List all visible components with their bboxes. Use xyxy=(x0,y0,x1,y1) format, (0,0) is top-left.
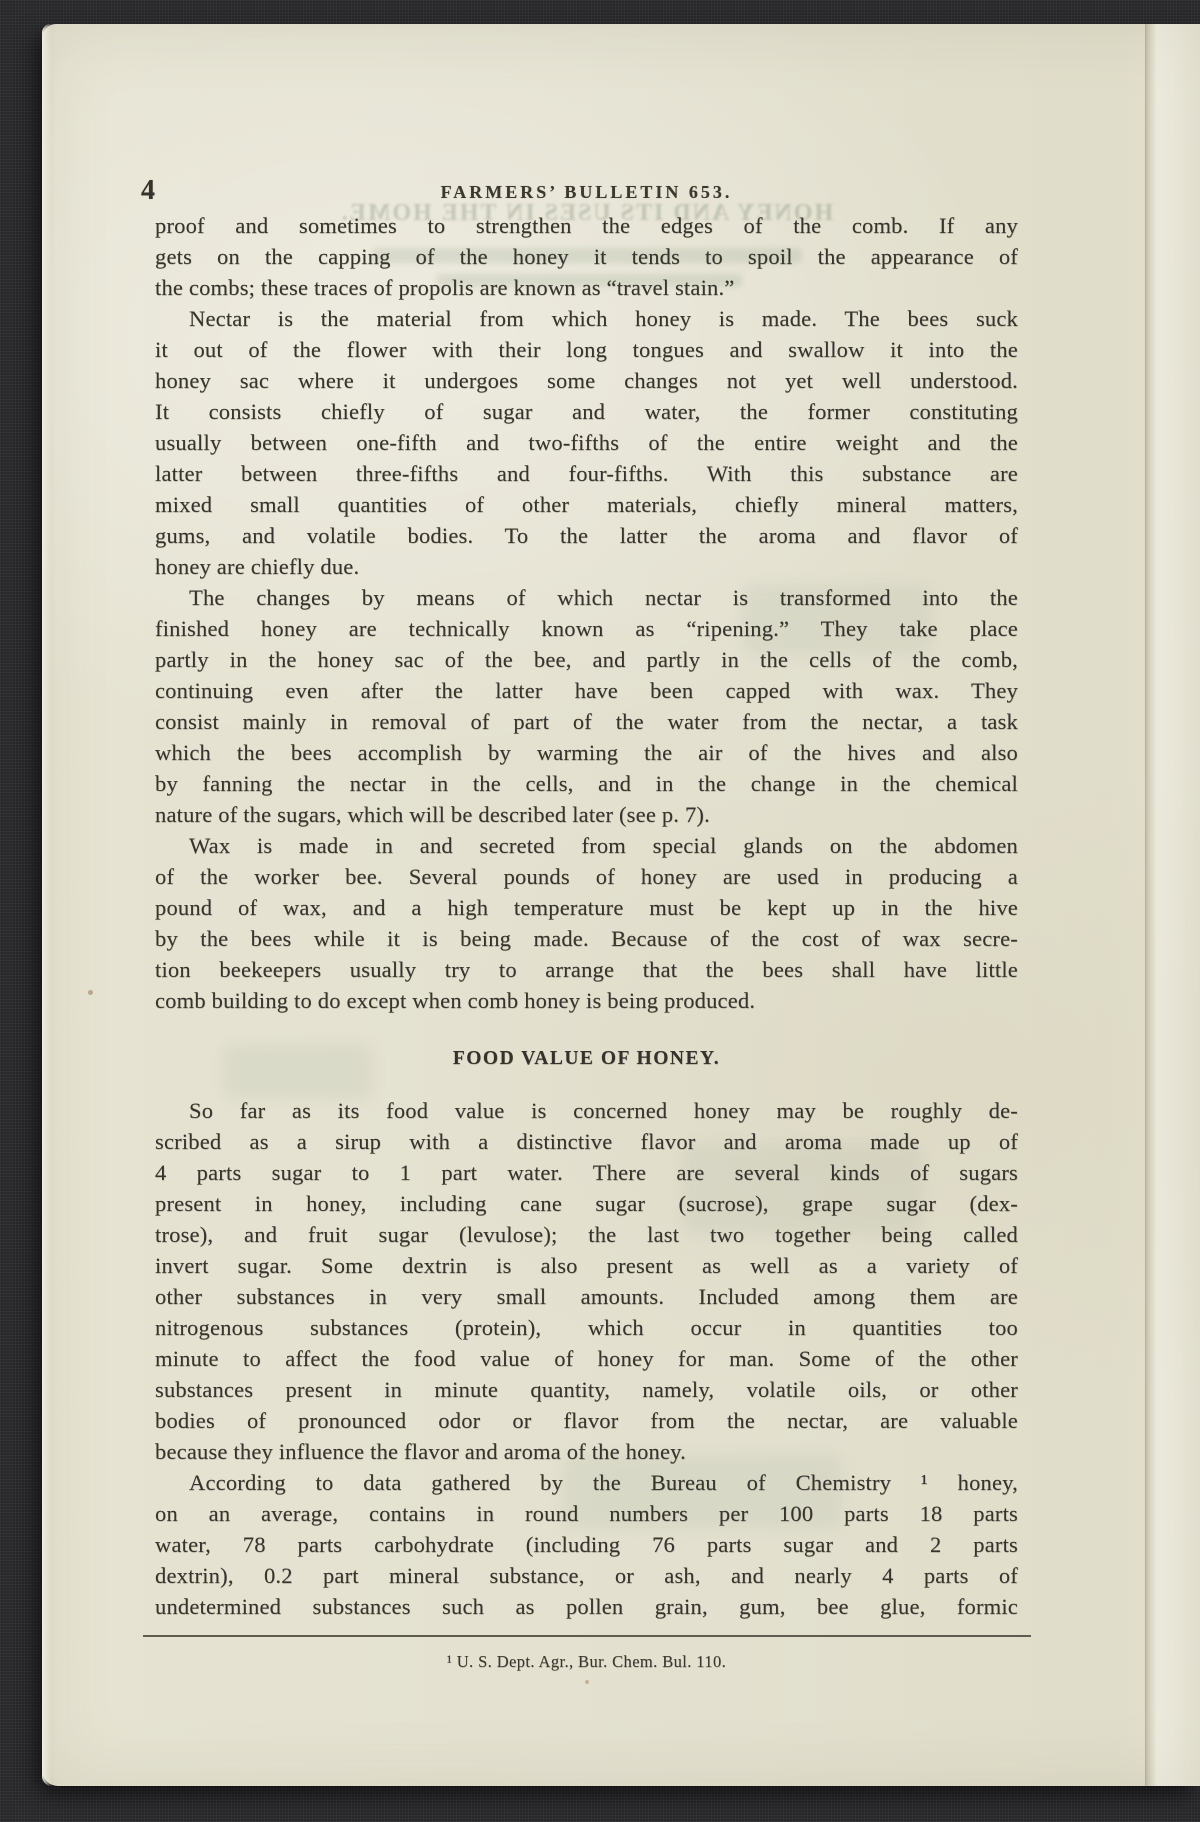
text-line: substances present in minute quantity, n… xyxy=(155,1374,1018,1405)
text-line: invert sugar. Some dextrin is also prese… xyxy=(155,1250,1018,1281)
text-line: Wax is made in and secreted from special… xyxy=(155,830,1018,861)
text-line: pound of wax, and a high temperature mus… xyxy=(155,892,1018,923)
text-line: proof and sometimes to strengthen the ed… xyxy=(155,210,1018,241)
text-line: finished honey are technically known as … xyxy=(155,613,1018,644)
text-line: by fanning the nectar in the cells, and … xyxy=(155,768,1018,799)
paper-speck xyxy=(88,990,93,995)
text-line: gets on the capping of the honey it tend… xyxy=(155,241,1018,272)
text-line: scribed as a sirup with a distinctive fl… xyxy=(155,1126,1018,1157)
text-line: The changes by means of which nectar is … xyxy=(155,582,1018,613)
text-line: dextrin), 0.2 part mineral substance, or… xyxy=(155,1560,1018,1591)
body-paragraph: The changes by means of which nectar is … xyxy=(155,582,1018,830)
text-line: usually between one-fifth and two-fifths… xyxy=(155,427,1018,458)
text-line: minute to affect the food value of honey… xyxy=(155,1343,1018,1374)
text-line: Nectar is the material from which honey … xyxy=(155,303,1018,334)
text-line: So far as its food value is concerned ho… xyxy=(155,1095,1018,1126)
paragraphs: proof and sometimes to strengthen the ed… xyxy=(155,210,1018,1622)
text-line: comb building to do except when comb hon… xyxy=(155,985,1018,1016)
text-line: partly in the honey sac of the bee, and … xyxy=(155,644,1018,675)
body-text: proof and sometimes to strengthen the ed… xyxy=(155,210,1018,1677)
running-title: FARMERS’ BULLETIN 653. xyxy=(155,182,1018,203)
text-line: gums, and volatile bodies. To the latter… xyxy=(155,520,1018,551)
text-line: nature of the sugars, which will be desc… xyxy=(155,799,1018,830)
text-line: water, 78 parts carbohydrate (including … xyxy=(155,1529,1018,1560)
section-heading: FOOD VALUE OF HONEY. xyxy=(155,1043,1018,1074)
text-line: According to data gathered by the Bureau… xyxy=(155,1467,1018,1498)
footnote-rule xyxy=(143,1635,1031,1637)
text-line: mixed small quantities of other material… xyxy=(155,489,1018,520)
body-paragraph: proof and sometimes to strengthen the ed… xyxy=(155,210,1018,303)
page-number: 4 xyxy=(141,175,155,207)
text-line: 4 parts sugar to 1 part water. There are… xyxy=(155,1157,1018,1188)
body-paragraph: According to data gathered by the Bureau… xyxy=(155,1467,1018,1622)
text-line: undetermined substances such as pollen g… xyxy=(155,1591,1018,1622)
text-line: because they influence the flavor and ar… xyxy=(155,1436,1018,1467)
text-line: on an average, contains in round numbers… xyxy=(155,1498,1018,1529)
text-line: it out of the flower with their long ton… xyxy=(155,334,1018,365)
text-line: honey are chiefly due. xyxy=(155,551,1018,582)
body-paragraph: Nectar is the material from which honey … xyxy=(155,303,1018,582)
page-fold-crease xyxy=(1145,24,1200,1786)
text-line: bodies of pronounced odor or flavor from… xyxy=(155,1405,1018,1436)
text-line: It consists chiefly of sugar and water, … xyxy=(155,396,1018,427)
text-line: present in honey, including cane sugar (… xyxy=(155,1188,1018,1219)
text-line: nitrogenous substances (protein), which … xyxy=(155,1312,1018,1343)
body-paragraph: So far as its food value is concerned ho… xyxy=(155,1095,1018,1467)
text-line: other substances in very small amounts. … xyxy=(155,1281,1018,1312)
text-line: latter between three-fifths and four-fif… xyxy=(155,458,1018,489)
text-line: consist mainly in removal of part of the… xyxy=(155,706,1018,737)
text-line: continuing even after the latter have be… xyxy=(155,675,1018,706)
text-line: honey sac where it undergoes some change… xyxy=(155,365,1018,396)
text-line: by the bees while it is being made. Beca… xyxy=(155,923,1018,954)
body-paragraph: Wax is made in and secreted from special… xyxy=(155,830,1018,1016)
book-page: HONEY AND ITS USES IN THE HOME. 4 FARMER… xyxy=(42,24,1200,1786)
paper-speck xyxy=(585,1680,589,1684)
text-line: which the bees accomplish by warming the… xyxy=(155,737,1018,768)
text-line: tion beekeepers usually try to arrange t… xyxy=(155,954,1018,985)
text-line: of the worker bee. Several pounds of hon… xyxy=(155,861,1018,892)
text-line: trose), and fruit sugar (levulose); the … xyxy=(155,1219,1018,1250)
text-line: the combs; these traces of propolis are … xyxy=(155,272,1018,303)
footnote: ¹ U. S. Dept. Agr., Bur. Chem. Bul. 110. xyxy=(155,1646,1018,1677)
